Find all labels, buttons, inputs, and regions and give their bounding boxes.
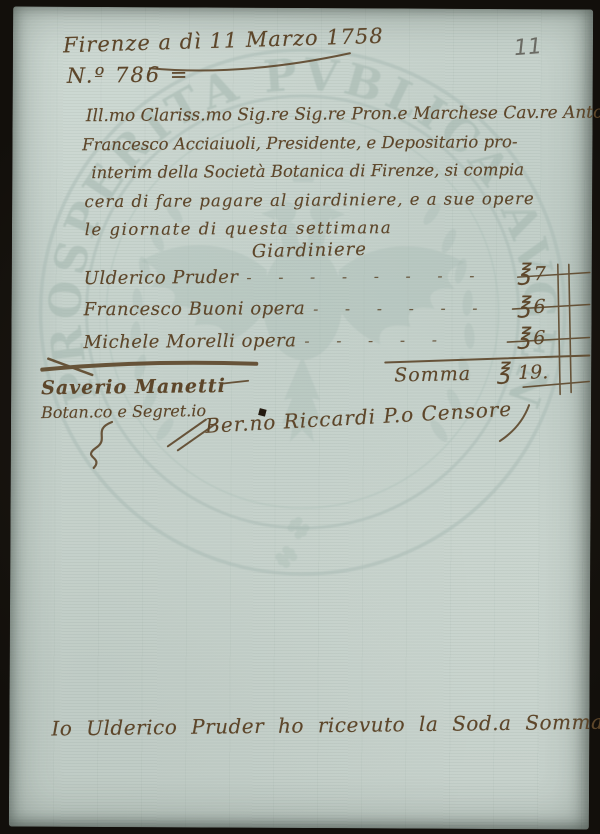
signature-cross-stroke xyxy=(42,362,256,371)
ledger-row: Ulderico Pruder - - - - - - - - ℥ 7 xyxy=(84,262,546,289)
paragraph-line: cera di fare pagare al giardiniere, e a … xyxy=(82,184,600,216)
paragraph-line: Ill.mo Clariss.mo Sig.re Sig.re Pron.e M… xyxy=(82,98,600,130)
folio-number: 11 xyxy=(513,34,543,61)
signature-secretary-title: Botan.co e Segret.io xyxy=(41,401,206,422)
currency-symbol: ℥ xyxy=(517,262,530,285)
ledger-column-line-2 xyxy=(568,264,572,392)
paraph-flourish xyxy=(91,422,112,468)
receipt-line: Io Ulderico Pruder ho ricevuto la Sod.a … xyxy=(51,710,600,741)
paper-sheet: PROSPERITA PVBLICA AVGENDAE xyxy=(9,6,593,829)
paragraph-line: Francesco Acciaiuoli, Presidente, e Depo… xyxy=(82,127,600,159)
censor-flourish-1 xyxy=(168,419,206,446)
place-date-line: Firenze a dì 11 Marzo 1758 xyxy=(63,24,384,58)
entry-name: Ulderico Pruder xyxy=(84,267,239,289)
entry-name: Francesco Buoni opera xyxy=(84,298,306,320)
entry-amount: 6 xyxy=(533,327,545,349)
total-amount: 19. xyxy=(518,361,549,384)
watermark-rosettes xyxy=(275,517,309,568)
dash-leader: - - - - - - xyxy=(305,299,517,318)
ledger-row: Michele Morelli opera - - - - - ℥ 6 xyxy=(83,326,545,353)
signature-cross-stroke-2 xyxy=(48,359,92,375)
signature-censor: Ber.no Riccardi P.o Censore xyxy=(205,397,513,438)
signature-secretary-name: Saverio Manetti xyxy=(41,375,226,399)
ledger-row: Francesco Buoni opera - - - - - - ℥ 6 xyxy=(84,295,546,320)
dash-leader: - - - - - - - - xyxy=(238,266,517,286)
currency-symbol: ℥ xyxy=(496,359,510,385)
entry-amount: 7 xyxy=(534,263,546,285)
dash-leader: - - - - - xyxy=(296,330,517,350)
order-paragraph: Ill.mo Clariss.mo Sig.re Sig.re Pron.e M… xyxy=(82,98,600,244)
total-row: Somma ℥ 19. xyxy=(394,360,548,386)
entry-amount: 6 xyxy=(533,296,545,318)
currency-symbol: ℥ xyxy=(517,326,530,349)
section-heading: Giardiniere xyxy=(252,239,367,262)
paragraph-line: interim della Società Botanica di Firenz… xyxy=(82,155,600,187)
document-number: N.º 786 = xyxy=(67,62,190,87)
total-label: Somma xyxy=(394,363,471,387)
ledger-column-line-1 xyxy=(557,264,561,394)
currency-symbol: ℥ xyxy=(517,295,530,318)
entry-name: Michele Morelli opera xyxy=(83,330,296,353)
